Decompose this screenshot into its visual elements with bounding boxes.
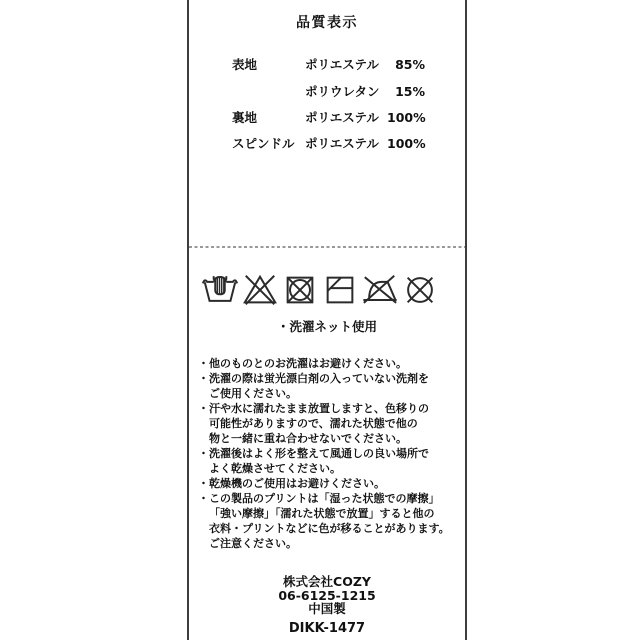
composition-part [232, 85, 305, 99]
composition-row: スピンドル ポリエステル 100% [189, 137, 465, 151]
composition-material: ポリエステル [305, 137, 387, 151]
do-not-dry-clean-icon [401, 271, 439, 309]
instruction-line: ・汗や水に濡れたまま放置しますと、色移りの [198, 401, 460, 416]
do-not-tumble-dry-icon [281, 271, 319, 309]
instruction-line: ・洗濯後はよく形を整えて風通しの良い場所で [198, 446, 460, 461]
composition-percent: 100% [387, 137, 425, 151]
composition-material: ポリウレタン [305, 85, 387, 99]
perforation-divider [189, 246, 465, 248]
composition-part: 表地 [232, 58, 305, 72]
instruction-line: ご注意ください。 [198, 536, 460, 551]
country-of-origin: 中国製 [189, 602, 465, 616]
instruction-line: ・他のものとのお洗濯はお避けください。 [198, 356, 460, 371]
composition-material: ポリエステル [305, 111, 387, 125]
instruction-line: 「強い摩擦」「濡れた状態で放置」すると他の [198, 506, 460, 521]
composition-row: 裏地 ポリエステル 100% [189, 111, 465, 125]
instruction-line: ・この製品のプリントは「湿った状態での摩擦」 [198, 491, 460, 506]
composition-part: 裏地 [232, 111, 305, 125]
instruction-line: よく乾燥させてください。 [198, 461, 460, 476]
instruction-line: 可能性がありますので、濡れた状態で他の [198, 416, 460, 431]
product-code: DIKK-1477 [189, 621, 465, 636]
label-title: 品質表示 [189, 12, 465, 32]
instruction-line: ご使用ください。 [198, 386, 460, 401]
composition-percent: 15% [387, 85, 425, 99]
care-instructions: ・他のものとのお洗濯はお避けください。 ・洗濯の際は蛍光漂白剤の入っていない洗剤… [198, 356, 460, 551]
care-symbols-row [201, 271, 439, 309]
company-name: 株式会社COZY [189, 575, 465, 589]
instruction-line: 衣料・プリントなどに色が移ることがあります。 [198, 521, 460, 536]
composition-percent: 85% [387, 58, 425, 72]
composition-row: ポリウレタン 15% [189, 85, 465, 99]
composition-material: ポリエステル [305, 58, 387, 72]
label-strip: 品質表示 表地 ポリエステル 85% ポリウレタン 15% 裏地 ポリエステル … [187, 0, 467, 640]
composition-part: スピンドル [232, 137, 305, 151]
footer: 株式会社COZY 06-6125-1215 中国製 DIKK-1477 [189, 575, 465, 636]
hand-wash-icon [201, 271, 239, 309]
instruction-line: ・乾燥機のご使用はお避けください。 [198, 476, 460, 491]
laundry-net-note: ・洗濯ネット使用 [189, 317, 465, 335]
instruction-line: 物と一緒に重ね合わせないでください。 [198, 431, 460, 446]
instruction-line: ・洗濯の際は蛍光漂白剤の入っていない洗剤を [198, 371, 460, 386]
phone-number: 06-6125-1215 [189, 589, 465, 603]
care-label-sheet: 品質表示 表地 ポリエステル 85% ポリウレタン 15% 裏地 ポリエステル … [0, 0, 640, 640]
do-not-iron-icon [361, 271, 399, 309]
flat-dry-in-shade-icon [321, 271, 359, 309]
do-not-bleach-icon [241, 271, 279, 309]
composition-row: 表地 ポリエステル 85% [189, 58, 465, 72]
composition-percent: 100% [387, 111, 425, 125]
